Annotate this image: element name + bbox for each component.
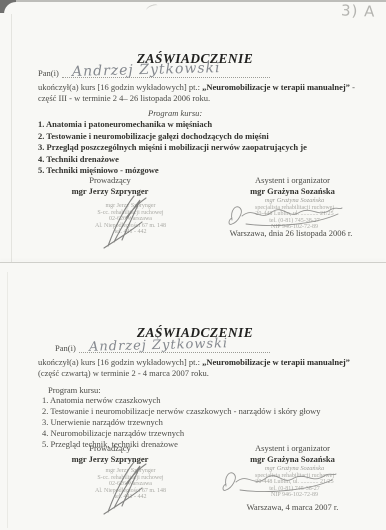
organizer-name: mgr Grażyna Sozańska <box>225 186 360 196</box>
program-item: 3. Unerwienie narządów trzewnych <box>42 417 320 428</box>
program-item: 2. Testowanie i neuromobilizacje nerwów … <box>42 406 320 417</box>
course-title-bold: „Neuromobilizacje w terapii manualnej” <box>202 357 350 367</box>
body-text: (część czwartą) w terminie 2 - 4 marca 2… <box>38 368 209 378</box>
role-label: Asystent i organizator <box>225 175 360 185</box>
szprynger-signature <box>96 458 154 518</box>
role-label: Asystent i organizator <box>225 443 360 453</box>
organizer-name: mgr Grażyna Sozańska <box>225 454 360 464</box>
body-text: ukończył(a) kurs [16 godzin wykładowych]… <box>38 357 202 367</box>
recipient-dotted-line: Andrzej Żytkowski <box>79 338 270 353</box>
role-label: Prowadzący <box>45 175 175 185</box>
certificate2-body: ukończył(a) kurs [16 godzin wykładowych]… <box>38 357 370 379</box>
certificate2-program-label: Program kursu: <box>48 385 101 395</box>
certificate1-program-list: 1. Anatomia i patoneuromechanika w mięśn… <box>38 119 307 177</box>
program-item: 1. Anatomia i patoneuromechanika w mięśn… <box>38 119 307 131</box>
certificate2-recipient-line: Pan(i) Andrzej Żytkowski <box>55 338 270 353</box>
certificate2-program-list: 1. Anatomia nerwów czaszkowych 2. Testow… <box>42 395 320 450</box>
program-item: 1. Anatomia nerwów czaszkowych <box>42 395 320 406</box>
certificate2-date-line: Warszawa, 4 marca 2007 r. <box>215 502 370 512</box>
recipient-dotted-line: Andrzej Żytkowski <box>62 63 270 78</box>
program-item: 3. Przegląd poszczególnych mięśni i mobi… <box>38 142 307 154</box>
paper-left-edge-bottom-sheet <box>7 272 8 528</box>
sozanska-signature <box>220 466 338 496</box>
certificate1-organizer-block: Asystent i organizator mgr Grażyna Sozań… <box>225 175 360 196</box>
handwritten-name: Andrzej Żytkowski <box>89 336 229 355</box>
sheet-boundary-line <box>0 262 386 263</box>
certificate1-program-label: Program kursu: <box>148 108 202 118</box>
szprynger-signature <box>96 192 154 252</box>
certificate1-recipient-line: Pan(i) Andrzej Żytkowski <box>38 63 270 78</box>
scan-smudge-mark <box>145 3 158 12</box>
scan-top-edge <box>0 0 386 2</box>
certificate2-organizer-block: Asystent i organizator mgr Grażyna Sozań… <box>225 443 360 464</box>
sozanska-signature <box>226 200 344 230</box>
body-text: ukończył(a) kurs [16 godzin wykładowych]… <box>38 82 202 92</box>
scanned-document-page: 3) A ZAŚWIADCZENIE Pan(i) Andrzej Żytkow… <box>0 0 386 530</box>
handwritten-name: Andrzej Żytkowski <box>72 60 221 80</box>
program-item: 4. Techniki drenażowe <box>38 154 307 166</box>
paper-left-edge-top-sheet <box>11 14 12 262</box>
handwritten-page-note: 3) A <box>341 1 376 20</box>
program-item: 4. Neuromobilizacje narządów trzewnych <box>42 428 320 439</box>
role-label: Prowadzący <box>45 443 175 453</box>
certificate1-body: ukończył(a) kurs [16 godzin wykładowych]… <box>38 82 370 104</box>
pan-label: Pan(i) <box>38 68 62 78</box>
certificate1-date-line: Warszawa, dnia 26 listopada 2006 r. <box>212 228 370 238</box>
pan-label: Pan(i) <box>55 343 79 353</box>
program-item: 2. Testowanie i neuromobilizacje gałęzi … <box>38 131 307 143</box>
course-title-bold: „Neuromobilizacje w terapii manualnej” <box>202 82 350 92</box>
